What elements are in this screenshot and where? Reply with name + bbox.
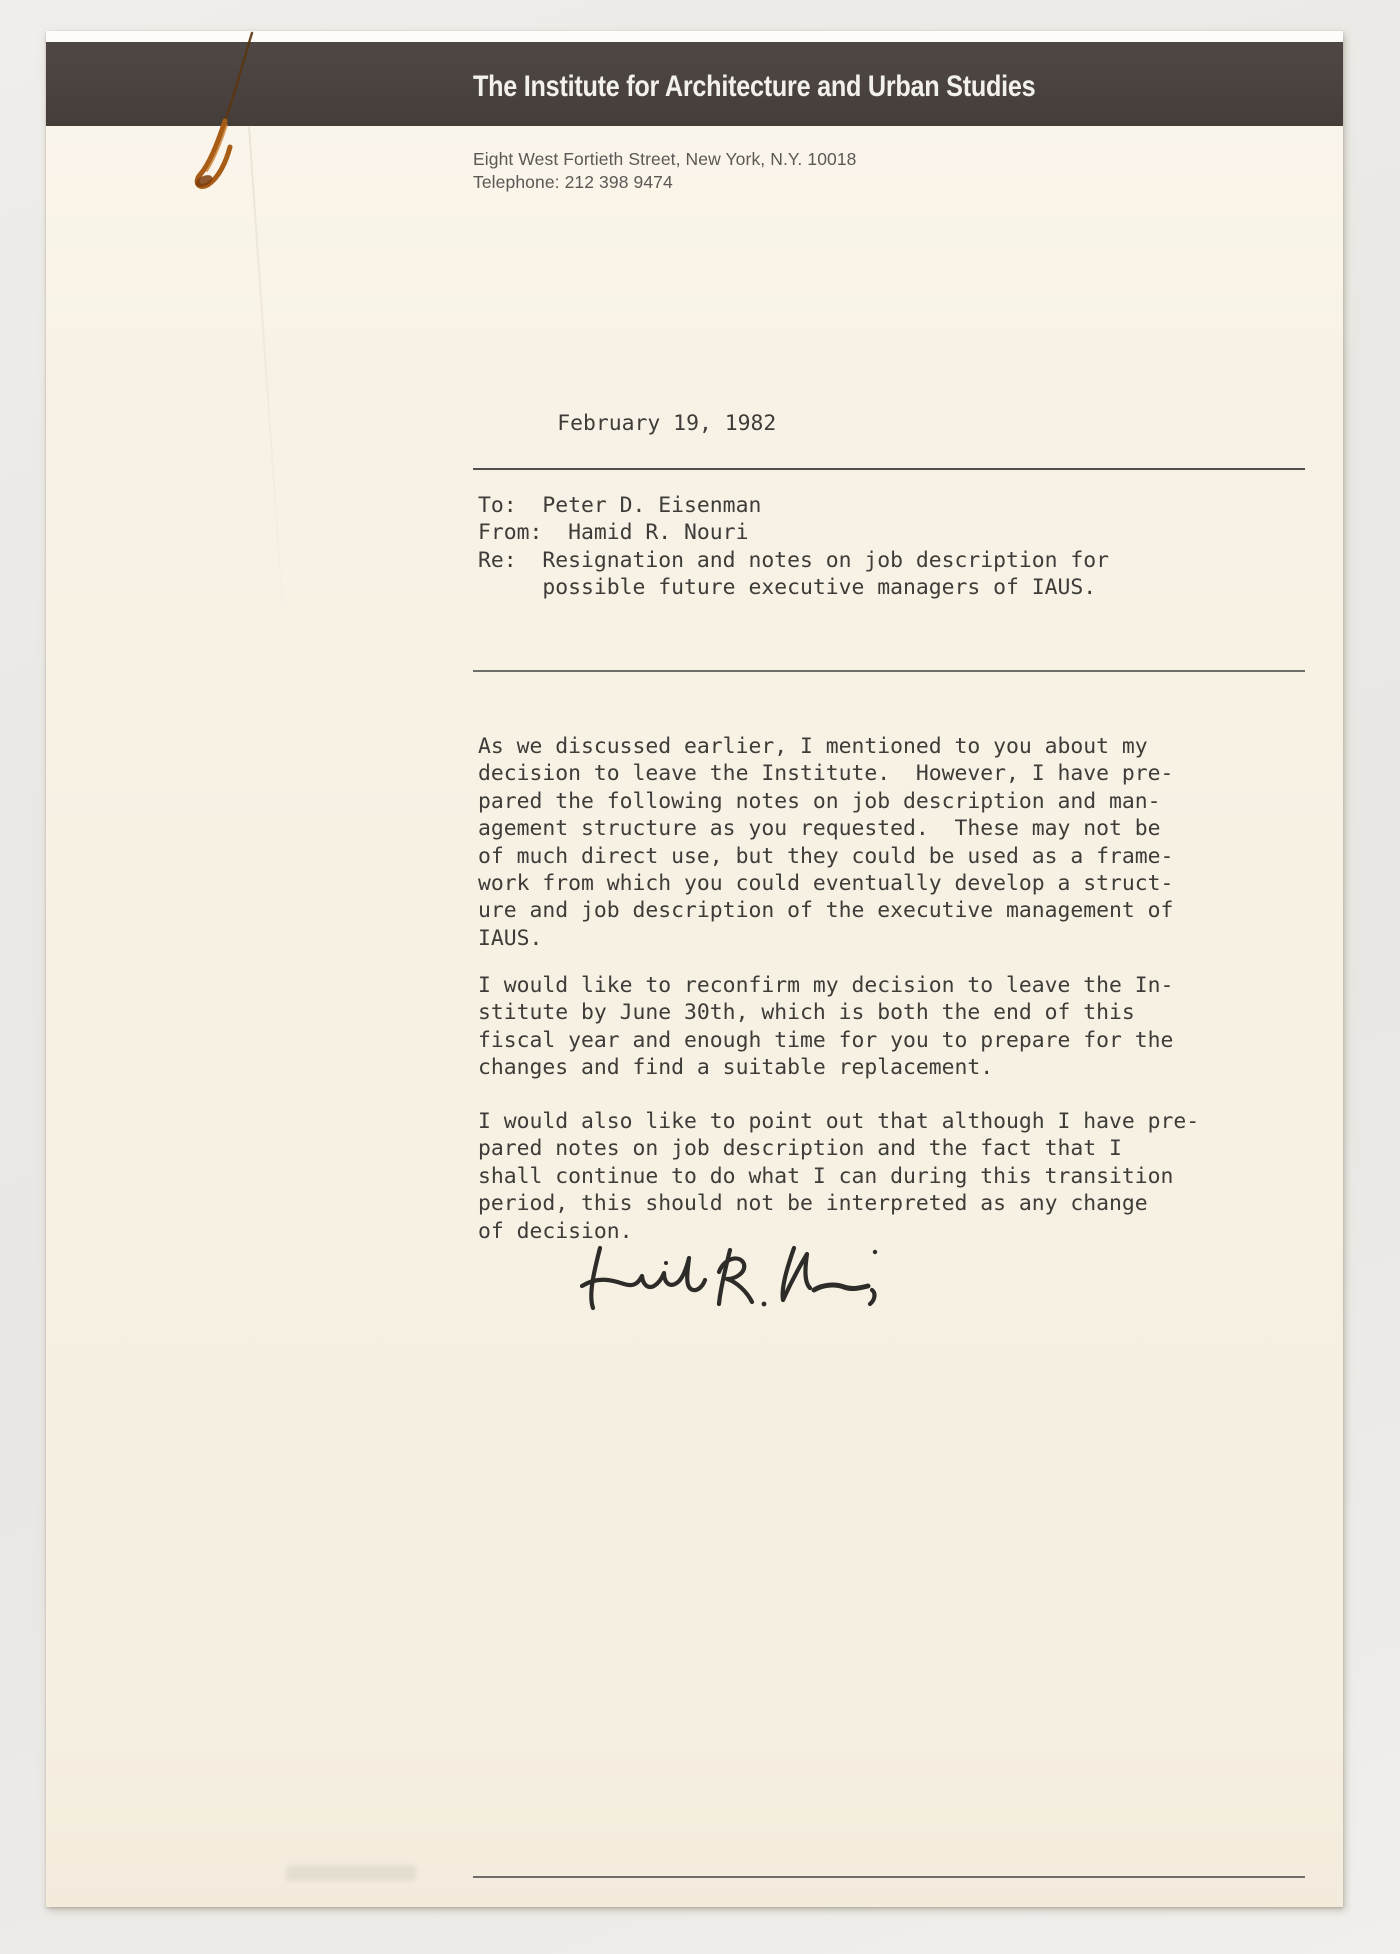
org-name: The Institute for Architecture and Urban…	[473, 72, 1035, 102]
body-paragraph-3: I would also like to point out that alth…	[478, 1108, 1199, 1245]
memo-header: To: Peter D. Eisenman From: Hamid R. Nou…	[478, 492, 1109, 602]
body-paragraph-2: I would like to reconfirm my decision to…	[478, 972, 1173, 1082]
date-text: February 19, 1982	[550, 411, 776, 436]
scan-background: The Institute for Architecture and Urban…	[0, 0, 1400, 1954]
letterhead-address: Eight West Fortieth Street, New York, N.…	[473, 148, 857, 194]
rusty-paperclip-mark	[185, 25, 275, 195]
telephone-line: Telephone: 212 398 9474	[473, 171, 857, 194]
address-line: Eight West Fortieth Street, New York, N.…	[473, 148, 857, 171]
show-through-smudge	[286, 1865, 416, 1881]
paper-crease	[248, 127, 286, 646]
bottom-rule	[473, 1876, 1305, 1878]
letter-page: The Institute for Architecture and Urban…	[46, 31, 1343, 1907]
signature-handwriting	[578, 1230, 888, 1322]
divider-rule	[473, 670, 1305, 672]
body-paragraph-1: As we discussed earlier, I mentioned to …	[478, 733, 1173, 952]
date-line: February 19, 1982	[473, 383, 1305, 470]
